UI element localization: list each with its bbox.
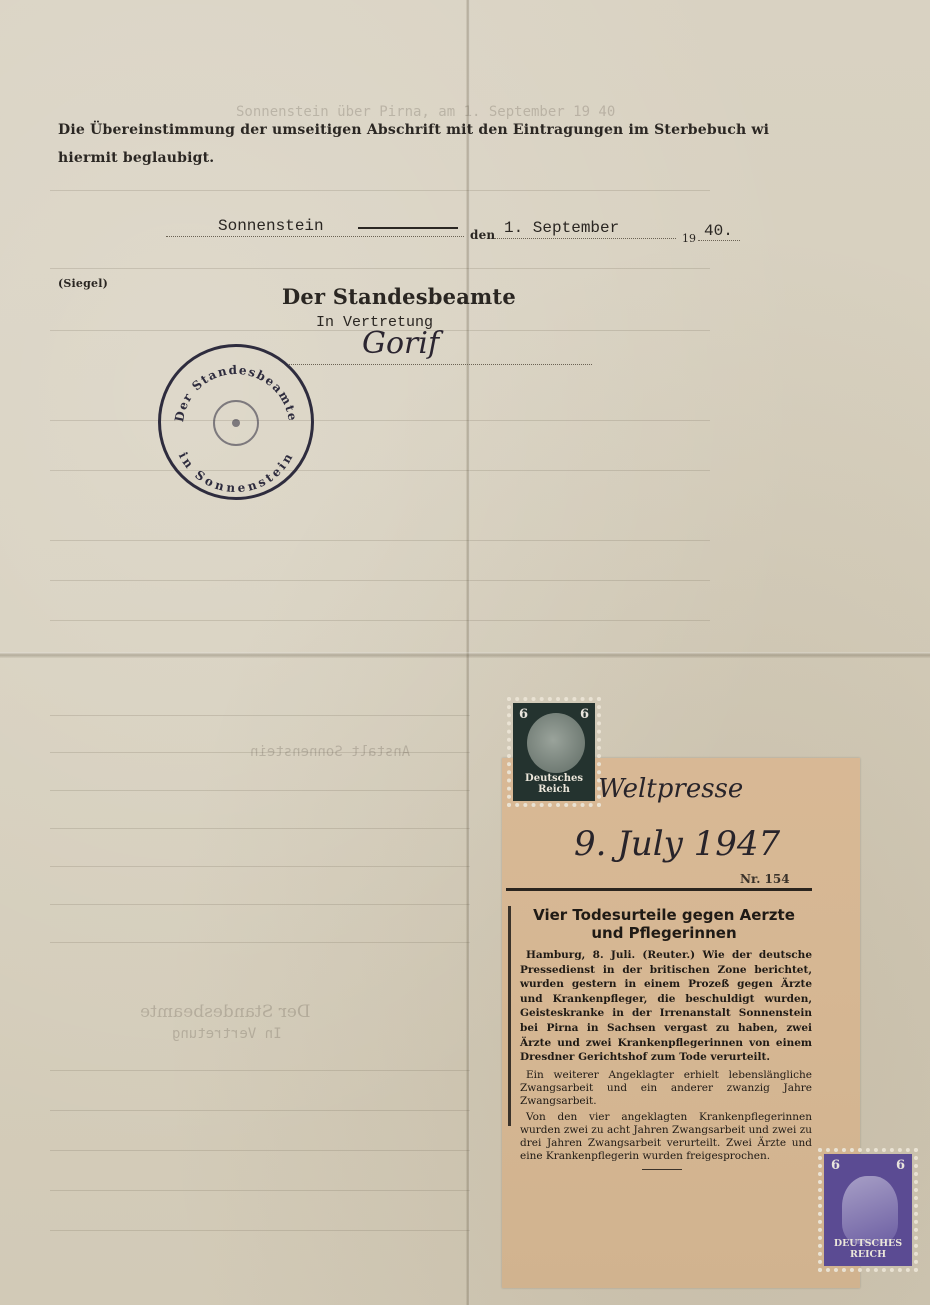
ruled-line	[50, 190, 710, 191]
article-headline: Vier Todesurteile gegen Aerzte und Pfleg…	[512, 906, 812, 946]
ruled-line	[50, 580, 710, 581]
article-paragraph: Von den vier angeklagten Krankenpflegeri…	[520, 1111, 812, 1163]
article-paragraph: Ein weiterer Angeklagter erhielt lebensl…	[520, 1069, 812, 1108]
article-paragraph: Hamburg, 8. Juli. (Reuter.) Wie der deut…	[520, 948, 812, 1065]
handwritten-source: Weltpresse	[598, 774, 743, 804]
bleed-through-text: In Vertretung	[172, 1026, 282, 1042]
fold-crease-horizontal	[0, 652, 930, 658]
newspaper-clipping: Weltpresse 9. July 1947 Nr. 154 Vier Tod…	[502, 758, 860, 1288]
date-prefix: den	[470, 228, 495, 242]
stamp-portrait-silhouette-icon	[842, 1176, 898, 1244]
article-end-rule	[642, 1169, 682, 1170]
ruled-line	[50, 790, 470, 791]
signature: Gorif	[362, 326, 439, 361]
ruled-line	[50, 470, 710, 471]
article: Vier Todesurteile gegen Aerzte und Pfleg…	[512, 906, 812, 1170]
dash-rule	[358, 227, 458, 229]
attestation-line-1: Die Übereinstimmung der umseitigen Absch…	[58, 122, 769, 138]
official-seal: Der Standesbeamte in Sonnenstein	[158, 344, 314, 500]
year-prefix: 19	[682, 232, 696, 245]
ruled-line	[50, 904, 470, 905]
postage-stamp: 6 6 Deutsches Reich	[507, 697, 601, 807]
ruled-line	[50, 540, 710, 541]
ruled-line	[50, 620, 710, 621]
ruled-line	[50, 1150, 470, 1151]
handwritten-date: 9. July 1947	[574, 824, 780, 864]
stamp-denomination: 6	[896, 1158, 905, 1173]
stamp-denomination: 6	[580, 707, 589, 722]
bleed-through-text: Sonnenstein über Pirna, am 1. September …	[236, 104, 615, 120]
date-value: 1. September	[504, 219, 619, 237]
stamp-portrait-medallion-icon	[527, 713, 585, 773]
seal-label: (Siegel)	[58, 277, 108, 290]
place-value: Sonnenstein	[218, 217, 324, 235]
masthead-rule	[506, 888, 812, 891]
ruled-line	[50, 1070, 470, 1071]
ruled-line	[50, 715, 470, 716]
ruled-line	[50, 866, 470, 867]
stamp-label: DEUTSCHES REICH	[824, 1238, 912, 1260]
date-field: 1. September	[494, 218, 676, 239]
ruled-line	[50, 942, 470, 943]
place-field: Sonnenstein	[166, 216, 464, 237]
attestation-line-2: hiermit beglaubigt.	[58, 150, 214, 166]
ruled-line	[50, 828, 470, 829]
official-title: Der Standesbeamte	[282, 284, 516, 309]
stamp-label: Deutsches Reich	[513, 773, 595, 795]
stamp-denomination: 6	[519, 707, 528, 722]
ruled-line	[50, 420, 710, 421]
stamp-denomination: 6	[831, 1158, 840, 1173]
column-rule	[508, 906, 511, 1126]
document-sheet: Sonnenstein über Pirna, am 1. September …	[0, 0, 930, 1305]
bleed-through-text: Der Standesbeamte	[140, 1002, 311, 1022]
issue-number: Nr. 154	[740, 872, 790, 886]
svg-text:in Sonnenstein: in Sonnenstein	[176, 450, 296, 495]
seal-ring-text-icon: Der Standesbeamte in Sonnenstein	[161, 347, 311, 497]
year-value: 40.	[704, 222, 733, 240]
ruled-line	[50, 1110, 470, 1111]
ruled-line	[50, 1190, 470, 1191]
year-field: 40.	[698, 222, 740, 241]
ruled-line	[50, 268, 710, 269]
ruled-line	[50, 1230, 470, 1231]
svg-text:Der Standesbeamte: Der Standesbeamte	[172, 363, 300, 423]
bleed-through-text: Anstalt Sonnenstein	[250, 744, 410, 760]
postage-stamp: 6 6 DEUTSCHES REICH	[818, 1148, 918, 1272]
